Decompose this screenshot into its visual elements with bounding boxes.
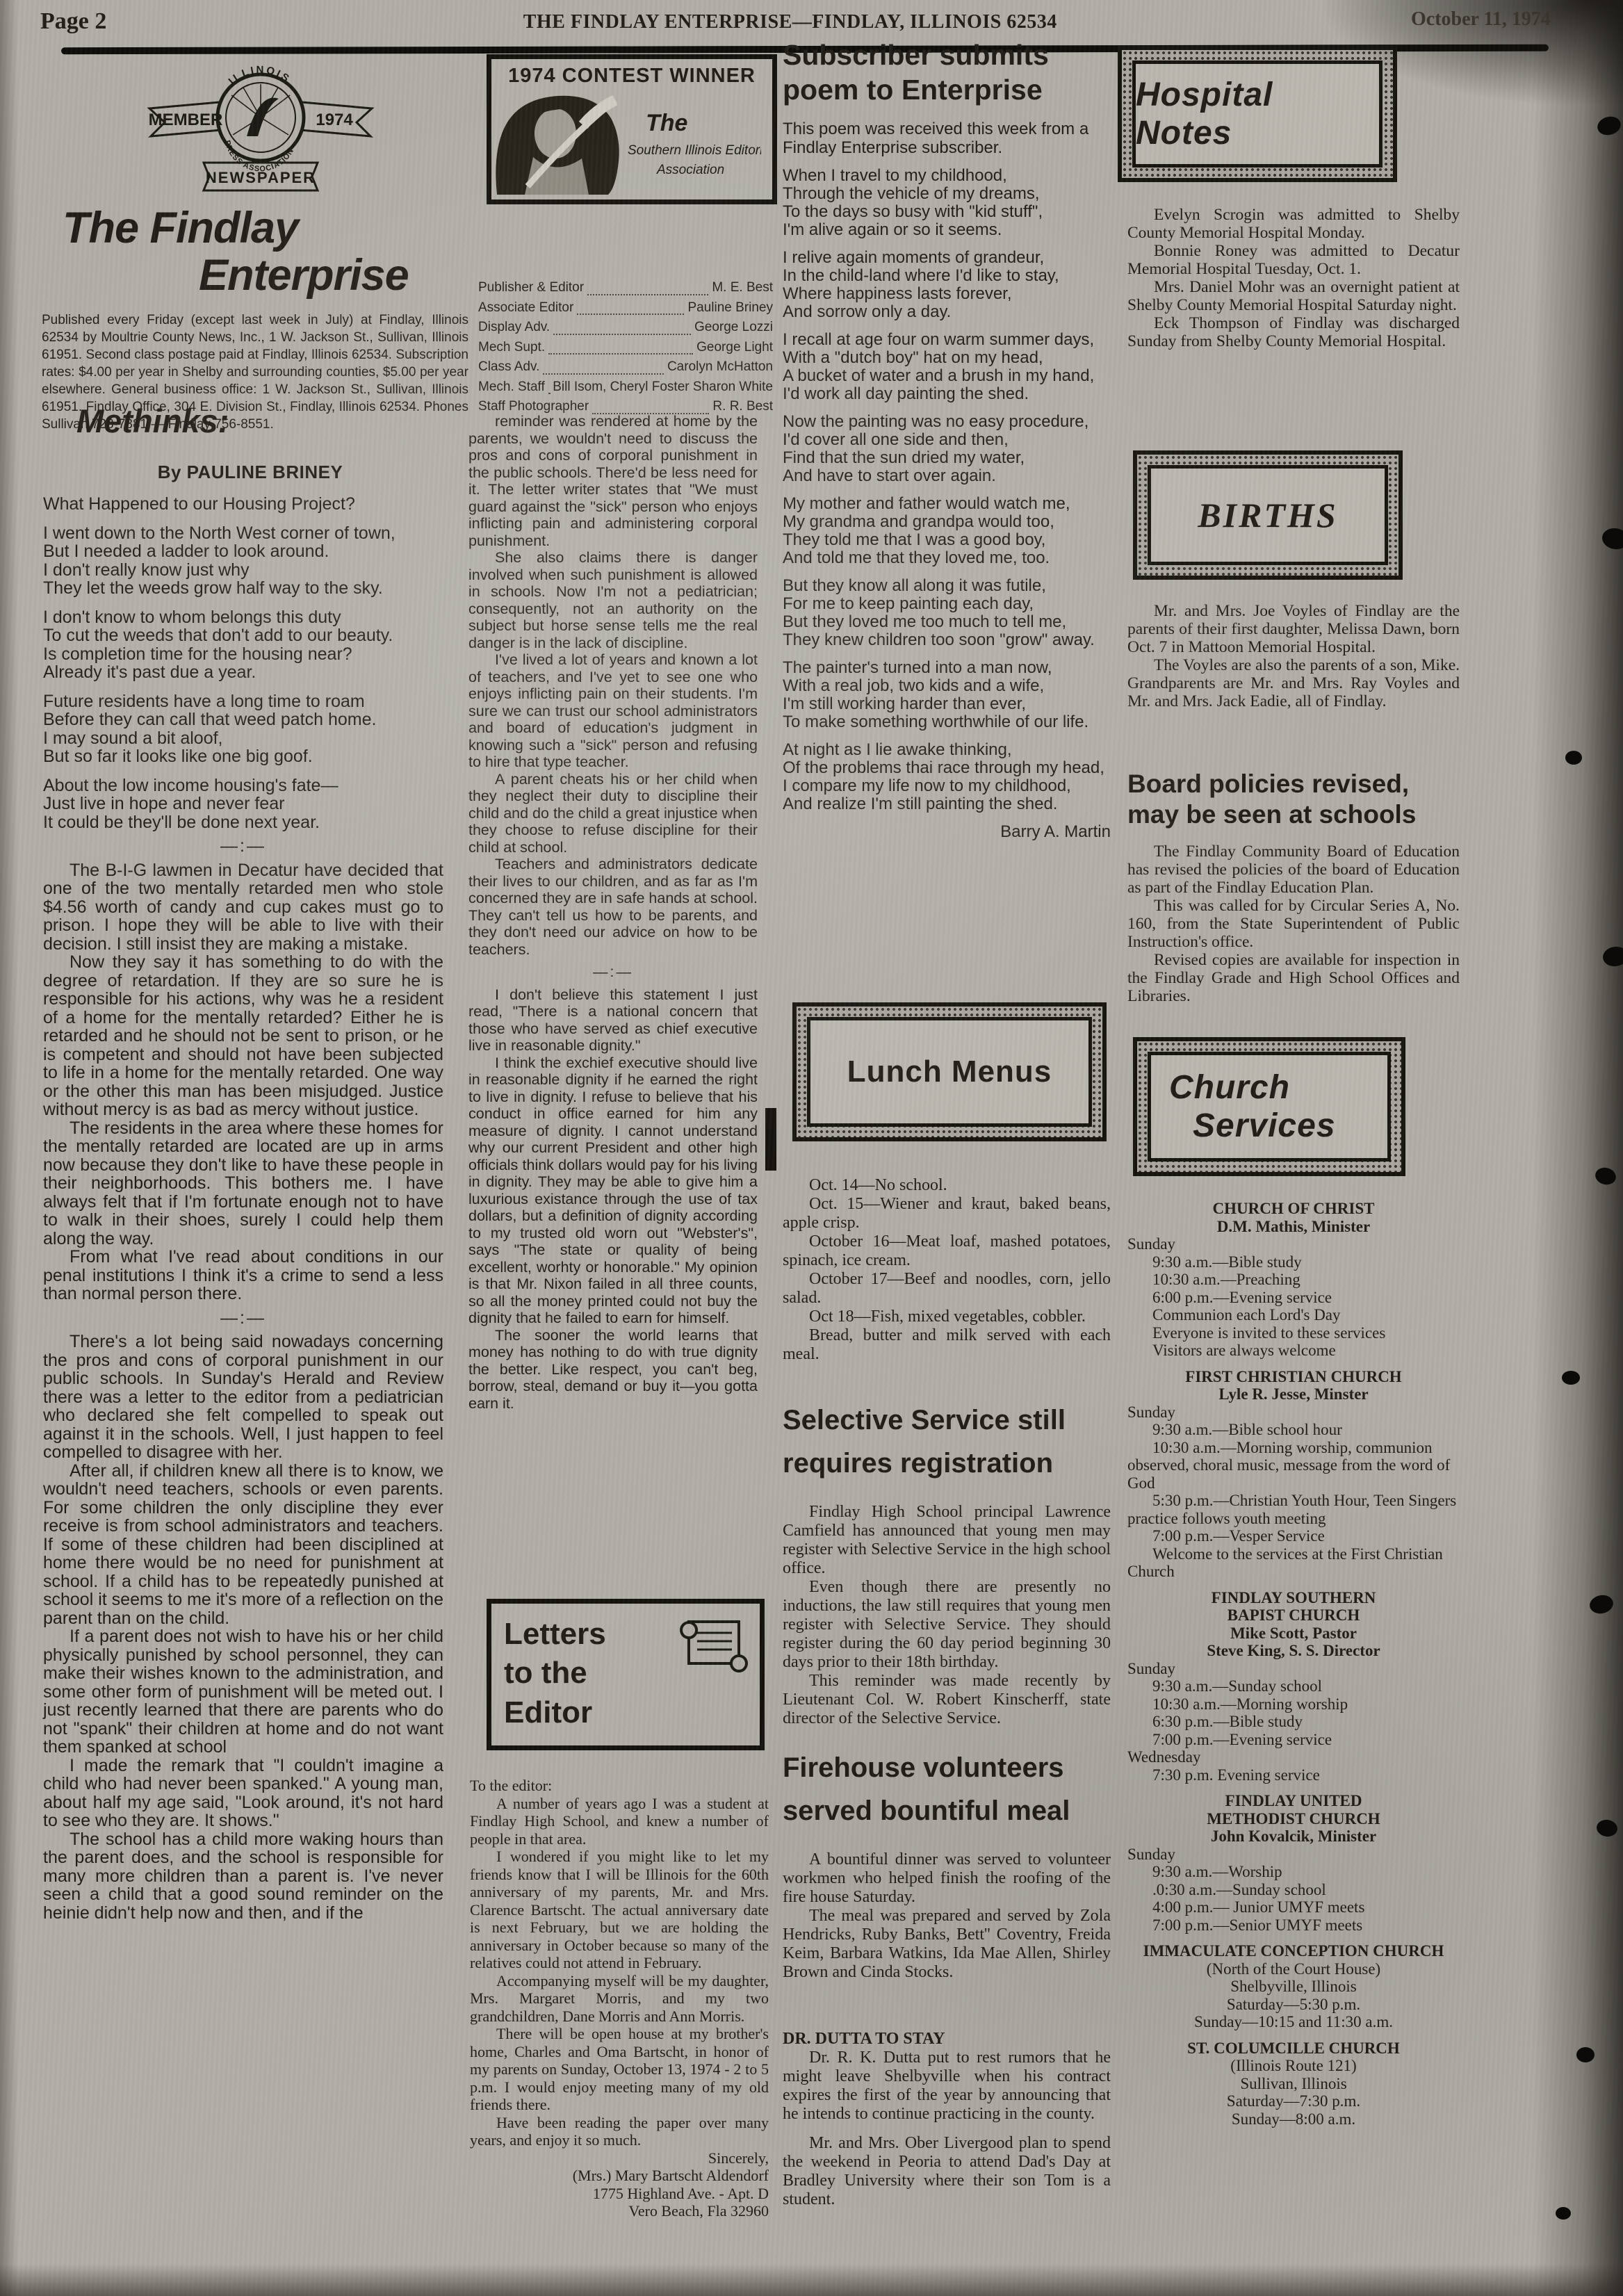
text-block: Before they can call that weed patch hom…	[43, 710, 443, 729]
text-block: BAPIST CHURCH	[1127, 1606, 1460, 1625]
staff-row: Mech Supt.George Light	[478, 338, 773, 358]
page-edge-left	[0, 0, 18, 2296]
text-block: 10:30 a.m.—Morning worship	[1127, 1695, 1460, 1713]
text-block: John Kovalcik, Minister	[1127, 1827, 1460, 1846]
masthead-seal-icon: ILLINOIS PRESS ASSOCIATION MEMBER 1974 N…	[142, 58, 379, 224]
text-block: 4:00 p.m.— Junior UMYF meets	[1127, 1898, 1460, 1916]
staff-row: Display Adv.George Lozzi	[478, 318, 773, 338]
text-block: This reminder was made recently by Lieut…	[783, 1672, 1111, 1728]
text-block: 6:30 p.m.—Bible study	[1127, 1713, 1460, 1731]
text-block: Find that the sun dried my water,	[783, 449, 1111, 467]
hospital-notes-box: Hospital Notes	[1118, 46, 1397, 182]
text-block: Of the problems thai race through my hea…	[783, 759, 1111, 777]
board-policies-headline: Board policies revised, may be seen at s…	[1127, 769, 1460, 831]
text-block: From what I've read about conditions in …	[43, 1248, 443, 1303]
poem-body: When I travel to my childhood,Through th…	[783, 167, 1111, 841]
text-block: The painter's turned into a man now,	[783, 659, 1111, 677]
text-block: Where happiness lasts forever,	[783, 285, 1111, 303]
text-block: Now the painting was no easy procedure,	[783, 413, 1111, 431]
text-block: At night as I lie awake thinking,	[783, 741, 1111, 759]
text-block: I may sound a bit aloof,	[43, 729, 443, 748]
ink-hole	[1576, 2047, 1595, 2062]
ink-hole	[1601, 526, 1623, 551]
page-title: THE FINDLAY ENTERPRISE—FINDLAY, ILLINOIS…	[523, 11, 1057, 33]
contest-winner-box: 1974 CONTEST WINNER The Southern Illinoi…	[487, 54, 777, 204]
text-block: Now they say it has something to do with…	[43, 953, 443, 1119]
text-block: ST. COLUMCILLE CHURCH	[1127, 2039, 1460, 2058]
text-block: 7:30 p.m. Evening service	[1127, 1766, 1460, 1784]
births-title: BIRTHS	[1198, 495, 1337, 535]
staff-role: Publisher & Editor	[478, 278, 584, 298]
text-block	[783, 649, 1111, 659]
text-block	[783, 2124, 1111, 2134]
text-block: Evelyn Scrogin was admitted to Shelby Co…	[1127, 206, 1460, 242]
staff-name: George Lozzi	[694, 318, 773, 338]
hospital-notes-title: Hospital Notes	[1136, 76, 1379, 152]
staff-row: Publisher & EditorM. E. Best	[478, 278, 773, 298]
text-block: I made the remark that "I couldn't imagi…	[43, 1757, 443, 1830]
ink-hole	[1595, 114, 1623, 138]
text-block: And sorrow only a day.	[783, 303, 1111, 321]
page-edge-bottom	[0, 2264, 1623, 2296]
staff-name: Pauline Briney	[687, 298, 773, 318]
newspaper-title-line2: Enterprise	[199, 250, 409, 300]
selective-service-headline: Selective Service still requires registr…	[783, 1399, 1111, 1485]
text-block: But I needed a ladder to look around.	[43, 542, 443, 561]
church-services-title-line2: Services	[1169, 1107, 1336, 1145]
text-block: I've lived a lot of years and known a lo…	[468, 651, 758, 771]
text-block: D.M. Mathis, Minister	[1127, 1218, 1460, 1236]
text-block: Teachers and administrators dedicate the…	[468, 856, 758, 958]
text-block: Mrs. Daniel Mohr was an overnight patien…	[1127, 278, 1460, 314]
text-block	[43, 766, 443, 776]
text-block: Just live in hope and never fear	[43, 795, 443, 813]
text-block: 9:30 a.m.—Bible study	[1127, 1253, 1460, 1271]
issue-date: October 11, 1974	[1411, 8, 1551, 31]
staff-role: Mech. Staff	[478, 377, 545, 398]
text-block: I compare my life now to my childhood,	[783, 777, 1111, 795]
text-block	[783, 731, 1111, 741]
text-block: I'm alive again or so it seems.	[783, 221, 1111, 239]
text-block: And have to start over again.	[783, 467, 1111, 485]
ink-hole	[1595, 1818, 1618, 1838]
board-policies-article: The Findlay Community Board of Education…	[1127, 842, 1460, 1005]
contest-winner-title: 1974 CONTEST WINNER	[491, 59, 772, 90]
text-block: Findlay High School principal Lawrence C…	[783, 1503, 1111, 1578]
text-block: 9:30 a.m.—Bible school hour	[1127, 1421, 1460, 1439]
text-block: Eck Thompson of Findlay was discharged S…	[1127, 314, 1460, 350]
text-block: Sunday	[1127, 1846, 1460, 1864]
text-block: —:—	[468, 963, 758, 981]
text-block: I'd cover all one side and then,	[783, 431, 1111, 449]
text-block	[783, 567, 1111, 577]
text-block: 7:00 p.m.—Evening service	[1127, 1731, 1460, 1749]
text-block	[1127, 1360, 1460, 1368]
text-block: Accompanying myself will be my daughter,…	[470, 1972, 769, 2026]
text-block: There will be open house at my brother's…	[470, 2025, 769, 2114]
leader-dots	[587, 294, 708, 295]
text-block: (North of the Court House)	[1127, 1960, 1460, 1978]
text-block	[783, 813, 1111, 823]
text-block: The Voyles are also the parents of a son…	[1127, 656, 1460, 710]
staff-name: Bill Isom, Cheryl Foster Sharon White	[553, 377, 773, 398]
staff-row: Mech. StaffBill Isom, Cheryl Foster Shar…	[478, 377, 773, 398]
lunch-menu-list: Oct. 14—No school.Oct. 15—Wiener and kra…	[783, 1176, 1111, 1364]
leader-dots	[543, 373, 664, 375]
staff-row: Class Adv.Carolyn McHatton	[478, 357, 773, 377]
text-block: Mr. and Mrs. Ober Livergood plan to spen…	[783, 2134, 1111, 2209]
staff-name: George Light	[696, 338, 773, 358]
text-block: Bread, butter and milk served with each …	[783, 1326, 1111, 1364]
text-block: I relive again moments of grandeur,	[783, 249, 1111, 267]
text-block	[1127, 1581, 1460, 1589]
text-block: Future residents have a long time to roa…	[43, 692, 443, 711]
text-block: But they loved me too much to tell me,	[783, 613, 1111, 631]
text-block: Sunday	[1127, 1660, 1460, 1678]
leader-dots	[577, 314, 684, 315]
text-block: —:—	[43, 837, 443, 856]
ink-hole	[1601, 945, 1623, 968]
newspaper-title-line1: The Findlay	[63, 203, 298, 253]
text-block: The sooner the world learns that money h…	[468, 1327, 758, 1412]
text-block: Communion each Lord's Day	[1127, 1306, 1460, 1324]
text-block: Everyone is invited to these services	[1127, 1324, 1460, 1342]
firehouse-article: A bountiful dinner was served to volunte…	[783, 1850, 1111, 1982]
text-block: It could be they'll be done next year.	[43, 813, 443, 832]
text-block: The Findlay Community Board of Education…	[1127, 842, 1460, 897]
staff-role: Mech Supt.	[478, 338, 545, 358]
text-block: 9:30 a.m.—Sunday school	[1127, 1677, 1460, 1695]
staff-name: Carolyn McHatton	[667, 357, 773, 377]
text-block: The residents in the area where these ho…	[43, 1119, 443, 1248]
text-block: A bucket of water and a brush in my hand…	[783, 367, 1111, 385]
text-block: With a real job, two kids and a wife,	[783, 677, 1111, 695]
text-block: There's a lot being said nowadays concer…	[43, 1333, 443, 1462]
text-block: (Mrs.) Mary Bartscht Aldendorf	[470, 2167, 769, 2185]
methinks-byline: By PAULINE BRINEY	[42, 462, 459, 483]
text-block: The school has a child more waking hours…	[43, 1830, 443, 1923]
staff-name: M. E. Best	[712, 278, 773, 298]
text-block: She also claims there is danger involved…	[468, 549, 758, 651]
text-block: Oct 18—Fish, mixed vegetables, cobbler.	[783, 1308, 1111, 1326]
seal-newspaper-label: NEWSPAPER	[206, 169, 316, 186]
text-block: 7:00 p.m.—Vesper Service	[1127, 1527, 1460, 1545]
text-block: Sunday	[1127, 1235, 1460, 1253]
letters-box: Letters to the Editor	[487, 1599, 765, 1750]
text-block: IMMACULATE CONCEPTION CHURCH	[1127, 1942, 1460, 1960]
births-article: Mr. and Mrs. Joe Voyles of Findlay are t…	[1127, 602, 1460, 710]
text-block: I don't believe this statement I just re…	[468, 986, 758, 1055]
ink-hole	[1594, 1166, 1618, 1187]
text-block: The B-I-G lawmen in Decatur have decided…	[43, 861, 443, 954]
text-block: Dr. R. K. Dutta put to rest rumors that …	[783, 2049, 1111, 2124]
text-block: To cut the weeds that don't add to our b…	[43, 626, 443, 645]
text-block: In the child-land where I'd like to stay…	[783, 267, 1111, 285]
text-block: They knew children too soon "grow" away.	[783, 631, 1111, 649]
text-block: To the editor:	[470, 1777, 769, 1795]
text-block: reminder was rendered at home by the par…	[468, 413, 758, 549]
text-block: But so far it looks like one big goof.	[43, 747, 443, 766]
text-block: Sunday	[1127, 1403, 1460, 1422]
text-block: FINDLAY UNITED	[1127, 1792, 1460, 1810]
text-block: Oct. 15—Wiener and kraut, baked beans, a…	[783, 1195, 1111, 1232]
text-block: For me to keep painting each day,	[783, 595, 1111, 613]
page-edge-right	[1533, 0, 1623, 2296]
text-block: I don't really know just why	[43, 561, 443, 580]
text-block: My mother and father would watch me,	[783, 495, 1111, 513]
lunch-menus-box: Lunch Menus	[792, 1002, 1107, 1141]
text-block: Even though there are presently no induc…	[783, 1578, 1111, 1672]
text-block: 5:30 p.m.—Christian Youth Hour, Teen Sin…	[1127, 1492, 1460, 1527]
text-block: .0:30 a.m.—Sunday school	[1127, 1881, 1460, 1899]
text-block: And realize I'm still painting the shed.	[783, 795, 1111, 813]
scroll-icon	[674, 1613, 751, 1681]
text-block: Already it's past due a year.	[43, 663, 443, 682]
text-block: FINDLAY SOUTHERN	[1127, 1589, 1460, 1607]
contest-engraving-icon: The Southern Illinois Editorial Associat…	[491, 90, 772, 200]
poem-intro: This poem was received this week from a …	[783, 120, 1111, 157]
text-block: And told me that they loved me, too.	[783, 549, 1111, 567]
text-block: Saturday—5:30 p.m.	[1127, 1996, 1460, 2014]
leader-dots	[548, 353, 693, 355]
firehouse-headline: Firehouse volunteers served bountiful me…	[783, 1746, 1111, 1832]
text-block: 9:30 a.m.—Worship	[1127, 1863, 1460, 1881]
text-block: Through the vehicle of my dreams,	[783, 185, 1111, 203]
text-block: I went down to the North West corner of …	[43, 524, 443, 543]
text-block: Sullivan, Illinois	[1127, 2075, 1460, 2093]
text-block: Wednesday	[1127, 1748, 1460, 1766]
text-block: Steve King, S. S. Director	[1127, 1642, 1460, 1660]
text-block: My grandma and grandpa would too,	[783, 513, 1111, 531]
text-block: About the low income housing's fate—	[43, 776, 443, 795]
newspaper-page: Page 2 THE FINDLAY ENTERPRISE—FINDLAY, I…	[0, 0, 1623, 2296]
text-block: I'd work all day painting the shed.	[783, 385, 1111, 403]
text-block: Welcome to the services at the First Chr…	[1127, 1545, 1460, 1581]
staff-row: Associate EditorPauline Briney	[478, 298, 773, 318]
text-block: Have been reading the paper over many ye…	[470, 2114, 769, 2149]
ink-hole	[1556, 2207, 1571, 2220]
text-block: Oct. 14—No school.	[783, 1176, 1111, 1195]
text-block: 7:00 p.m.—Senior UMYF meets	[1127, 1916, 1460, 1935]
text-block: 10:30 a.m.—Preaching	[1127, 1271, 1460, 1289]
text-block: To the days so busy with "kid stuff",	[783, 203, 1111, 221]
text-block: Sunday—8:00 a.m.	[1127, 2110, 1460, 2128]
text-block: FIRST CHRISTIAN CHURCH	[1127, 1368, 1460, 1386]
text-block: Mr. and Mrs. Joe Voyles of Findlay are t…	[1127, 602, 1460, 656]
contest-caption-line3: Association	[656, 163, 724, 177]
text-block: When I travel to my childhood,	[783, 167, 1111, 185]
contest-caption-the: The	[646, 110, 687, 136]
text-block: Lyle R. Jesse, Minster	[1127, 1385, 1460, 1403]
text-block: 10:30 a.m.—Morning worship, communion ob…	[1127, 1439, 1460, 1492]
text-block: With a "dutch boy" hat on my head,	[783, 349, 1111, 367]
text-block: To make something worthwhile of our life…	[783, 713, 1111, 731]
selective-service-article: Findlay High School principal Lawrence C…	[783, 1503, 1111, 1728]
staff-list: Publisher & EditorM. E. Best Associate E…	[478, 278, 773, 417]
church-services-title-line1: Church	[1169, 1068, 1290, 1107]
text-block: I recall at age four on warm summer days…	[783, 331, 1111, 349]
text-block: A bountiful dinner was served to volunte…	[783, 1850, 1111, 1907]
seal-member-label: MEMBER	[149, 111, 223, 129]
text-block	[1127, 1784, 1460, 1792]
text-block: October 17—Beef and noodles, corn, jello…	[783, 1270, 1111, 1308]
text-block: Vero Beach, Fla 32960	[470, 2202, 769, 2220]
text-block: Saturday—7:30 p.m.	[1127, 2092, 1460, 2110]
text-block: But they know all along it was futile,	[783, 577, 1111, 595]
text-block: 1775 Highland Ave. - Apt. D	[470, 2185, 769, 2203]
text-block	[43, 682, 443, 692]
text-block: I wondered if you might like to let my f…	[470, 1848, 769, 1972]
contest-caption-line2: Southern Illinois Editorial	[628, 143, 761, 158]
letter-to-editor: To the editor:A number of years ago I wa…	[470, 1777, 769, 2220]
text-block: If a parent does not wish to have his or…	[43, 1627, 443, 1757]
text-block: Bonnie Roney was admitted to Decatur Mem…	[1127, 242, 1460, 278]
ink-hole	[1565, 751, 1582, 765]
church-services-box: Church Services	[1133, 1037, 1405, 1176]
text-block: Sunday—10:15 and 11:30 a.m.	[1127, 2013, 1460, 2031]
leader-dots	[553, 334, 691, 335]
text-block: Barry A. Martin	[783, 823, 1111, 841]
staff-role: Class Adv.	[478, 357, 539, 377]
leader-dots	[548, 393, 549, 394]
fold-mark	[765, 1108, 776, 1171]
text-block: —:—	[43, 1309, 443, 1328]
text-block: The meal was prepared and served by Zola…	[783, 1907, 1111, 1982]
text-block	[43, 514, 443, 524]
text-block: METHODIST CHURCH	[1127, 1810, 1460, 1828]
ink-hole	[1588, 1593, 1615, 1616]
text-block: Revised copies are available for inspect…	[1127, 951, 1460, 1005]
page-number: Page 2	[40, 8, 106, 35]
text-block: I think the exchief executive should liv…	[468, 1055, 758, 1327]
text-block: Visitors are always welcome	[1127, 1342, 1460, 1360]
text-block	[783, 321, 1111, 331]
text-block	[43, 598, 443, 608]
text-block: After all, if children knew all there is…	[43, 1462, 443, 1628]
text-block: Shelbyville, Illinois	[1127, 1978, 1460, 1996]
church-services-list: CHURCH OF CHRISTD.M. Mathis, MinisterSun…	[1127, 1200, 1460, 2128]
staff-role: Display Adv.	[478, 318, 550, 338]
text-block: Sincerely,	[470, 2149, 769, 2167]
dutta-article: DR. DUTTA TO STAYDr. R. K. Dutta put to …	[783, 2030, 1111, 2209]
letters-box-line: Editor	[504, 1693, 747, 1732]
text-block: They told me that I was a good boy,	[783, 531, 1111, 549]
staff-role: Associate Editor	[478, 298, 573, 318]
text-block: CHURCH OF CHRIST	[1127, 1200, 1460, 1218]
text-block	[783, 239, 1111, 249]
births-box: BIRTHS	[1133, 450, 1403, 580]
text-block: DR. DUTTA TO STAY	[783, 2030, 1111, 2049]
seal-year-label: 1974	[316, 111, 353, 129]
text-block: (Illinois Route 121)	[1127, 2057, 1460, 2075]
text-block: I'm still working harder than ever,	[783, 695, 1111, 713]
text-block	[783, 403, 1111, 413]
methinks-title: Methinks:	[76, 402, 229, 440]
text-block: I don't know to whom belongs this duty	[43, 608, 443, 627]
lunch-menus-title: Lunch Menus	[847, 1055, 1052, 1089]
methinks-column-2: reminder was rendered at home by the par…	[468, 413, 758, 1412]
text-block	[1127, 2031, 1460, 2039]
text-block: 6:00 p.m.—Evening service	[1127, 1289, 1460, 1307]
text-block	[1127, 1934, 1460, 1942]
text-block: This was called for by Circular Series A…	[1127, 897, 1460, 951]
text-block: A parent cheats his or her child when th…	[468, 771, 758, 856]
ink-hole	[1562, 1371, 1580, 1385]
text-block: Mike Scott, Pastor	[1127, 1625, 1460, 1643]
hospital-notes-article: Evelyn Scrogin was admitted to Shelby Co…	[1127, 206, 1460, 350]
text-block: A number of years ago I was a student at…	[470, 1795, 769, 1848]
text-block: They let the weeds grow half way to the …	[43, 579, 443, 598]
poem-headline: Subscriber submits poem to Enterprise	[783, 38, 1111, 107]
text-block: Is completion time for the housing near?	[43, 645, 443, 664]
text-block: What Happened to our Housing Project?	[43, 495, 443, 514]
text-block	[783, 485, 1111, 495]
methinks-column-1: What Happened to our Housing Project?I w…	[43, 495, 443, 1922]
text-block: October 16—Meat loaf, mashed potatoes, s…	[783, 1232, 1111, 1270]
